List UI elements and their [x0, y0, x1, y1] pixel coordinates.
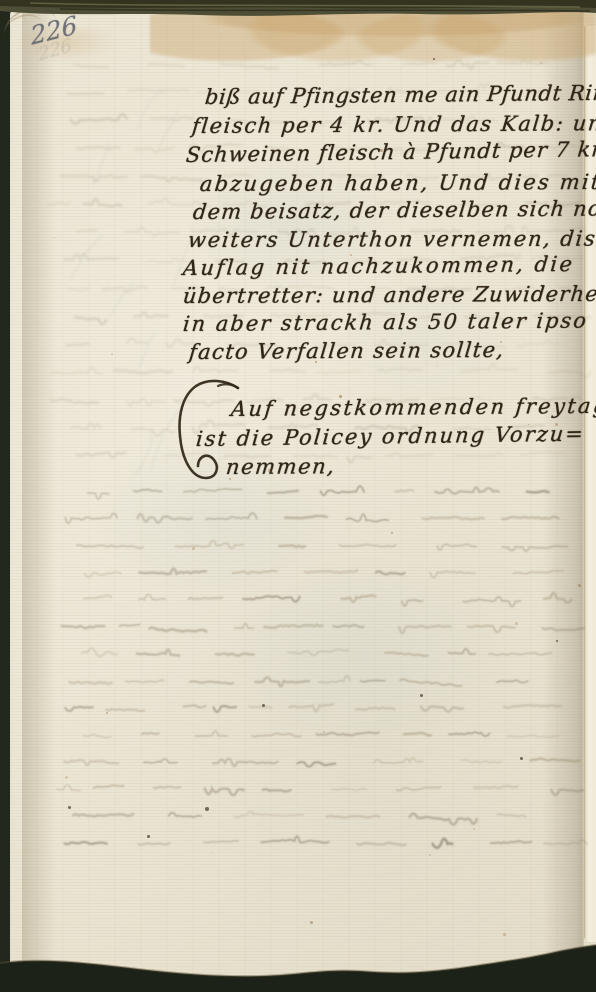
ink-speck — [68, 806, 71, 809]
manuscript-line: biß auf Pfingsten me ain Pfundt Rindt= — [204, 79, 596, 110]
foxing-dot — [350, 254, 352, 256]
manuscript-line: in aber strackh als 50 taler ipso — [182, 307, 589, 337]
manuscript-line: Auflag nit nachzukommen, die — [182, 251, 576, 281]
ink-speck — [262, 704, 265, 707]
ink-speck — [433, 58, 435, 60]
manuscript-line: abzugeben haben, Und dies mit — [199, 169, 596, 197]
foxing-dot — [429, 854, 431, 856]
ink-speck — [556, 640, 558, 642]
initial-flourish — [160, 374, 270, 489]
manuscript-line: übertretter: und andere Zuwiderheit — [182, 281, 596, 309]
manuscript-line: fleisch per 4 kr. Und das Kalb: und — [191, 110, 596, 139]
manuscript-line: Schweinen fleisch à Pfundt per 7 kr. — [185, 136, 596, 168]
foxing-dot — [339, 395, 342, 398]
ink-speck — [147, 835, 150, 838]
foxing-dot — [315, 361, 317, 363]
manuscript-line: facto Verfallen sein sollte, — [188, 337, 506, 365]
manuscript-line: dem beisatz, der dieselben sich noch — [192, 195, 596, 225]
manuscript-line: Auf negstkommenden freytag, — [230, 393, 596, 422]
ink-speck — [205, 807, 209, 811]
foxing-dot — [515, 622, 518, 625]
book-top-edge — [0, 0, 596, 34]
foxing-dot — [111, 353, 113, 355]
ink-speck — [520, 757, 523, 760]
manuscript-line: weiters Unterthon vernemen, dise — [187, 226, 596, 253]
handwritten-text-block: 226 226 biß auf Pfingsten me ain Pfundt … — [0, 0, 596, 992]
foxing-dot — [500, 341, 502, 343]
manuscript-scan: 226 226 biß auf Pfingsten me ain Pfundt … — [0, 0, 596, 992]
ink-speck — [420, 694, 423, 697]
book-bottom-edge — [0, 932, 596, 992]
